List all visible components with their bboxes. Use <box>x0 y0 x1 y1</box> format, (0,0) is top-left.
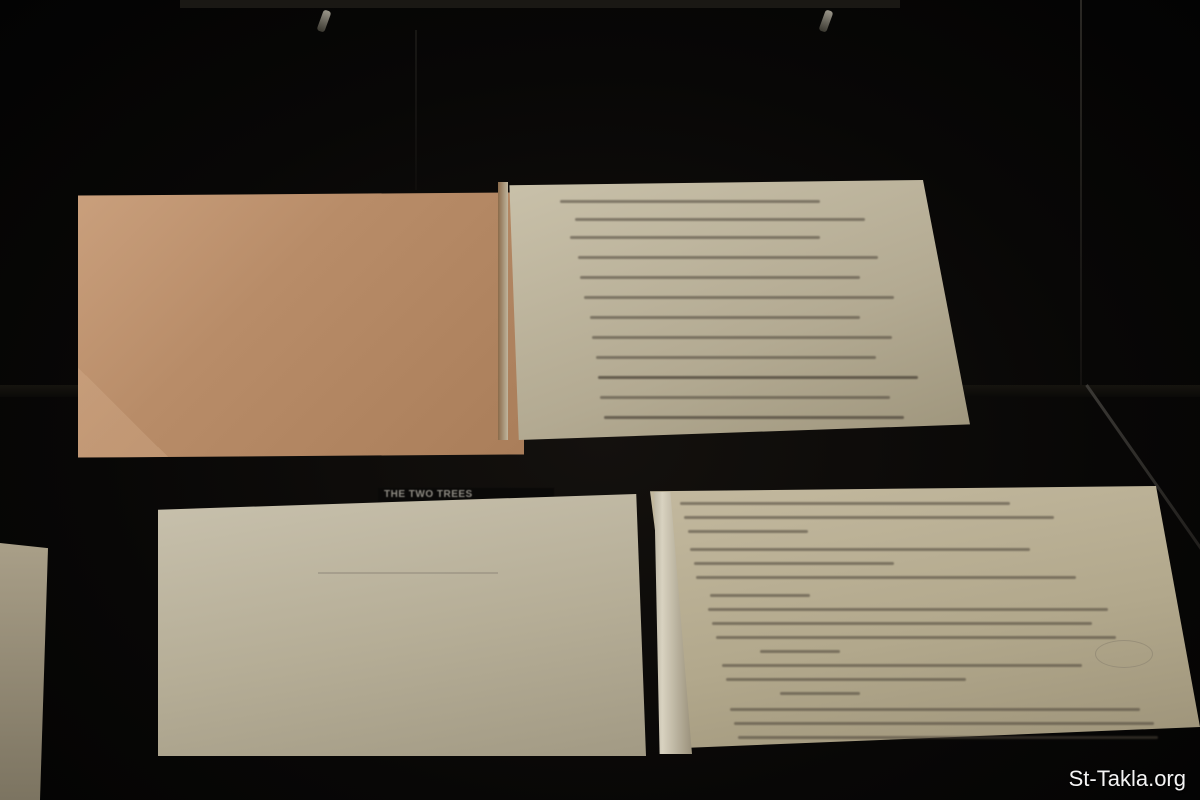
top-notebook-spine <box>498 182 508 440</box>
partial-notebook-page <box>0 543 50 800</box>
spotlight-left <box>316 9 331 32</box>
case-top-rail <box>180 0 900 8</box>
faint-mark <box>318 572 498 574</box>
spotlight-right <box>818 9 833 32</box>
page-fold <box>78 367 168 458</box>
glass-panel-edge <box>1080 0 1082 385</box>
display-case-scene: THE TWO TREES St-Takla.org <box>0 0 1200 800</box>
stamp-mark <box>1095 640 1153 668</box>
watermark: St-Takla.org <box>1069 766 1186 792</box>
glass-panel-edge <box>415 30 417 190</box>
bottom-notebook-blank-page <box>158 494 646 756</box>
top-notebook-cover-page <box>78 192 524 457</box>
